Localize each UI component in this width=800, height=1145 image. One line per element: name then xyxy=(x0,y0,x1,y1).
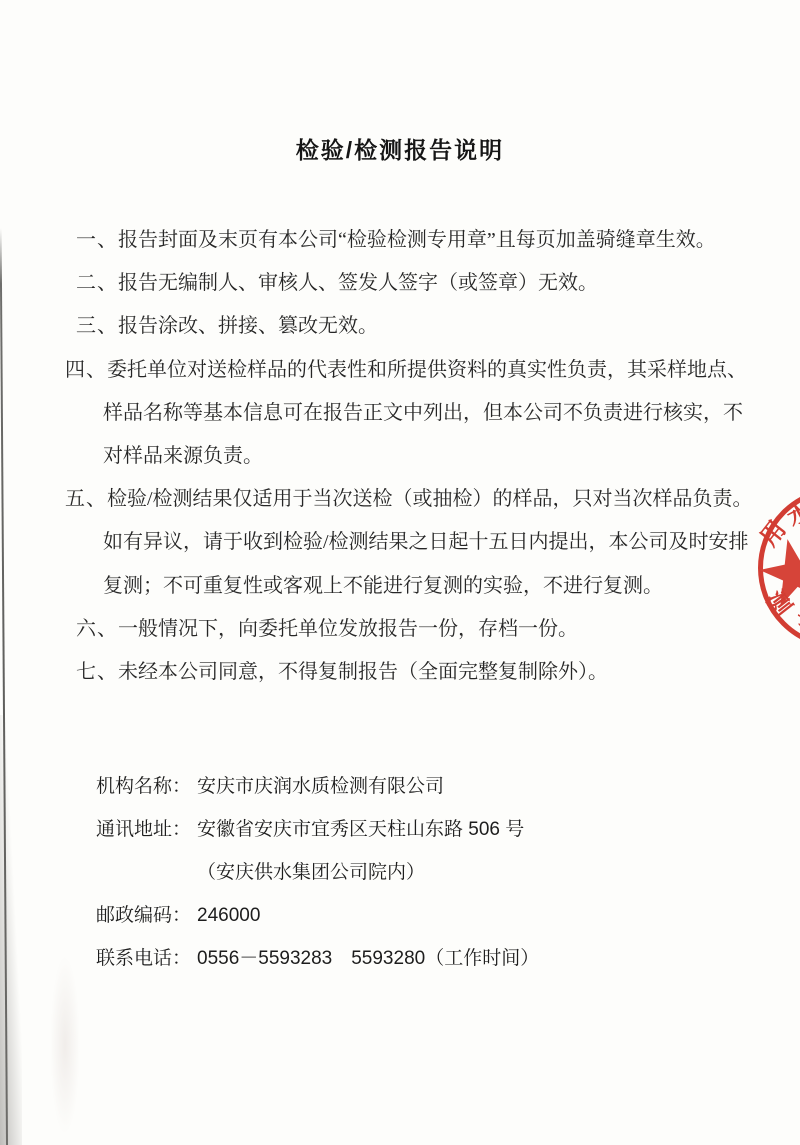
page-title: 检验/检测报告说明 xyxy=(0,132,800,165)
address-label: 通讯地址： xyxy=(96,808,197,851)
note-text: 如有异议，请于收到检验/检测结果之日起十五日内提出，本公司及时安排 xyxy=(103,531,749,553)
note-text: 样品名称等基本信息可在报告正文中列出，但本公司不负责进行核实，不 xyxy=(103,402,743,424)
note-text: 检验/检测结果仅适用于当次送检（或抽检）的样品，只对当次样品负责。 xyxy=(107,488,753,510)
note-number: 三、 xyxy=(76,315,118,337)
org-name-value: 安庆市庆润水质检测有限公司 xyxy=(197,776,444,797)
note-line-4: 四、委托单位对送检样品的代表性和所提供资料的真实性负责，其采样地点、 xyxy=(65,349,756,392)
note-number: 七、 xyxy=(76,661,118,683)
note-line-5: 五、检验/检测结果仅适用于当次送检（或抽检）的样品，只对当次样品负责。 xyxy=(65,478,756,521)
scan-edge-shadow xyxy=(0,715,22,1145)
note-text: 报告封面及末页有本公司“检验检测专用章”且每页加盖骑缝章生效。 xyxy=(118,229,716,251)
address-row: 通讯地址：安徽省安庆市宜秀区天柱山东路 506 号 xyxy=(96,808,716,851)
organization-contact-block: 机构名称：安庆市庆润水质检测有限公司 通讯地址：安徽省安庆市宜秀区天柱山东路 5… xyxy=(96,765,716,980)
company-seal: 用 水 ★ 测 专 xyxy=(758,487,800,649)
note-text: 报告涂改、拼接、篡改无效。 xyxy=(118,315,378,337)
note-number: 二、 xyxy=(76,272,118,294)
note-line-4-cont: 样品名称等基本信息可在报告正文中列出，但本公司不负责进行核实，不 xyxy=(76,392,756,435)
note-text: 复测；不可重复性或客观上不能进行复测的实验，不进行复测。 xyxy=(103,575,663,597)
postcode-label: 邮政编码： xyxy=(96,894,197,937)
address-value-cont: （安庆供水集团公司院内） xyxy=(197,862,425,883)
org-name-row: 机构名称：安庆市庆润水质检测有限公司 xyxy=(96,765,716,808)
note-line-4-cont: 对样品来源负责。 xyxy=(76,435,756,478)
scanned-report-notes-page: 检验/检测报告说明 一、报告封面及末页有本公司“检验检测专用章”且每页加盖骑缝章… xyxy=(0,0,800,1145)
note-line-5-cont: 复测；不可重复性或客观上不能进行复测的实验，不进行复测。 xyxy=(76,565,756,608)
note-text: 报告无编制人、审核人、签发人签字（或签章）无效。 xyxy=(118,272,598,294)
report-notes-list: 一、报告封面及末页有本公司“检验检测专用章”且每页加盖骑缝章生效。 二、报告无编… xyxy=(76,219,756,694)
scan-smudge xyxy=(50,955,80,1135)
phone-label: 联系电话： xyxy=(96,937,197,980)
note-line-7: 七、未经本公司同意，不得复制报告（全面完整复制除外）。 xyxy=(76,651,756,694)
note-line-2: 二、报告无编制人、审核人、签发人签字（或签章）无效。 xyxy=(76,262,756,305)
address-row-cont: （安庆供水集团公司院内） xyxy=(96,851,716,894)
note-line-6: 六、一般情况下，向委托单位发放报告一份，存档一份。 xyxy=(76,608,756,651)
org-name-label: 机构名称： xyxy=(96,765,197,808)
note-line-3: 三、报告涂改、拼接、篡改无效。 xyxy=(76,305,756,348)
note-text: 一般情况下，向委托单位发放报告一份，存档一份。 xyxy=(118,618,578,640)
note-text: 对样品来源负责。 xyxy=(103,445,263,467)
postcode-value: 246000 xyxy=(197,905,260,926)
note-line-1: 一、报告封面及末页有本公司“检验检测专用章”且每页加盖骑缝章生效。 xyxy=(76,219,756,262)
note-number: 六、 xyxy=(76,618,118,640)
note-text: 未经本公司同意，不得复制报告（全面完整复制除外）。 xyxy=(118,661,608,683)
note-number: 一、 xyxy=(76,229,118,251)
phone-value: 0556－5593283 5593280（工作时间） xyxy=(197,948,539,969)
postcode-row: 邮政编码：246000 xyxy=(96,894,716,937)
note-text: 委托单位对送检样品的代表性和所提供资料的真实性负责，其采样地点、 xyxy=(107,359,747,381)
note-number: 五、 xyxy=(65,488,107,510)
phone-row: 联系电话：0556－5593283 5593280（工作时间） xyxy=(96,937,716,980)
note-number: 四、 xyxy=(65,359,107,381)
note-line-5-cont: 如有异议，请于收到检验/检测结果之日起十五日内提出，本公司及时安排 xyxy=(76,521,756,564)
address-value: 安徽省安庆市宜秀区天柱山东路 506 号 xyxy=(197,819,524,840)
